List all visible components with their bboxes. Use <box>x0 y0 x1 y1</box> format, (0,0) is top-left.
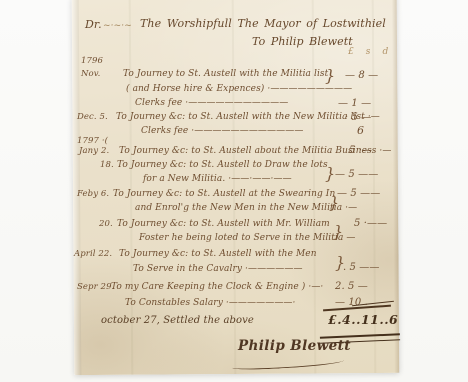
entry-text: for a New Militia. ·——·——·—— <box>143 175 292 184</box>
entry-amount: 5 ·— <box>349 146 372 156</box>
entry-amount: 2. 5 — <box>335 282 368 292</box>
entry-amount: — 8 — <box>345 71 378 81</box>
entry-text: To my Care Keeping the Clock & Engine ) … <box>111 283 323 292</box>
entry-date: 18. <box>100 161 114 170</box>
entry-text: Foster he being loted to Serve in the Mi… <box>139 234 356 243</box>
entry-date: Jany 2. <box>79 147 109 156</box>
debit-abbreviation: Dr. <box>85 19 102 30</box>
currency-column-heading: £ s d <box>348 48 388 57</box>
entry-amount: . 5 —— <box>343 263 380 273</box>
entry-date: Feby 6. <box>77 190 109 199</box>
entry-text: To Journey &c: to St. Austell with the N… <box>116 113 380 122</box>
photo-background: Dr. ~·~·~ The Worshipfull The Mayor of L… <box>0 0 468 382</box>
total-amount: £.4..11..6 <box>328 314 398 327</box>
entry-date: Dec. 5. <box>77 113 108 122</box>
settlement-line: october 27, Settled the above <box>101 316 254 326</box>
signature: Philip Blewett <box>238 340 351 354</box>
entry-text: ( and Horse hire & Expences) ·————————— <box>126 85 352 94</box>
entry-brace: } <box>325 68 335 84</box>
document-title: The Worshipfull The Mayor of Lostwithiel <box>140 18 386 29</box>
entry-text: To Journey &c: to St. Austell with Mr. W… <box>117 220 330 229</box>
entry-text: and Enrol'g the New Men in the New Milit… <box>135 204 357 213</box>
entry-text: To Journey to St. Austell with the Milit… <box>123 70 328 79</box>
entry-text: Clerks fee ·——————————— <box>135 99 288 108</box>
entry-amount: — 5 —— <box>337 189 380 199</box>
entry-amount: 6 <box>357 125 364 136</box>
entry-date: April 22. <box>74 250 112 259</box>
entry-date: 20. <box>99 220 113 229</box>
entry-amount: 5 ·—— <box>354 219 387 229</box>
entry-amount: · 5 — <box>345 113 371 123</box>
entry-text: To Journey &c: to St. Austell with the M… <box>119 250 317 259</box>
entry-text: To Constables Salary ·———————· <box>125 299 295 308</box>
entry-text: Clerks fee ·———————————— <box>141 127 303 136</box>
entry-text: To Journey &c: to St. Austell at the Swe… <box>113 190 335 199</box>
entry-amount: — 5 —— <box>335 170 378 180</box>
header-flourish: ~·~·~ <box>103 22 132 31</box>
paper-crease <box>312 0 317 373</box>
entry-text: To Serve in the Cavalry ·—————— <box>133 265 303 274</box>
entry-brace: } <box>325 166 335 182</box>
entry-year: 1796 <box>81 57 103 66</box>
entry-text: To Journey &c: to St. Austell to Draw th… <box>117 161 328 170</box>
entry-date: Nov. <box>81 70 100 79</box>
payee-line: To Philip Blewett <box>252 36 353 47</box>
entry-date: Sepr 29. <box>77 283 114 292</box>
entry-amount: — 1 — <box>338 99 371 109</box>
entry-year: 1797 ·( <box>77 137 108 146</box>
